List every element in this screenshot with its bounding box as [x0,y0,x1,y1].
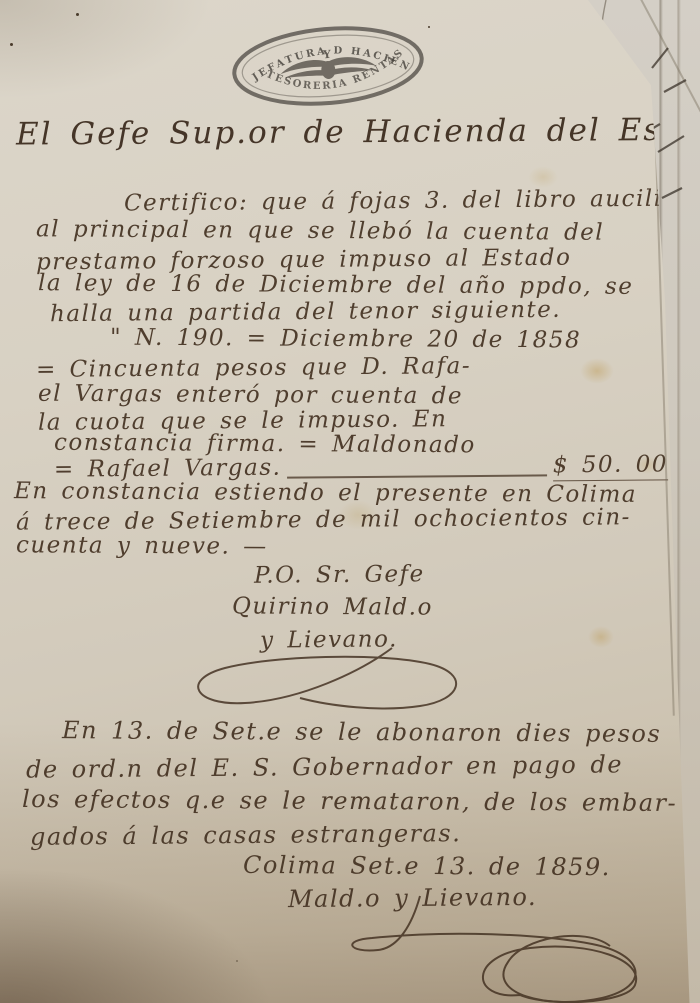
ink-speck [10,43,13,46]
photo-of-document: JEFATURA D HACIENDA TESORERIA RENTAS Y E… [0,0,700,1003]
note-line: los efectos q.e se le remataron, de los … [22,785,677,817]
body-line: la ley de 16 de Diciembre del año ppdo, … [38,270,634,300]
note-line: En 13. de Set.e se le abonaron dies peso… [62,716,661,748]
body-line: " N. 190. = Diciembre 20 de 1858 [110,325,581,354]
signature-po-line: P.O. Sr. Gefe [254,561,425,588]
signature-name: y Lievano. [260,626,398,653]
body-line: al principal en que se llebó la cuenta d… [36,216,604,245]
note-line: gados á las casas estrangeras. [30,819,462,851]
signature-name: Quirino Mald.o [232,593,433,620]
note-dateline: Colima Set.e 13. de 1859. [243,851,611,881]
body-line: el Vargas enteró por cuenta de [38,381,463,410]
note-signature: Mald.o y Lievano. [288,883,537,913]
document-body: Certifico: que á fojas 3. del libro auci… [28,0,688,1003]
closing-line: á trece de Setiembre de mil ochocientos … [16,504,631,535]
body-line: halla una partida del tenor siguiente. [50,297,561,327]
body-line: = Cincuenta pesos que D. Rafa- [36,353,471,383]
note-line: de ord.n del E. S. Gobernador en pago de [26,750,623,783]
document-page: JEFATURA D HACIENDA TESORERIA RENTAS Y E… [0,0,700,1003]
closing-line: cuenta y nueve. — [16,532,268,560]
amount-value: $ 50. 00 [553,451,668,481]
closing-line: En constancia estiendo el presente en Co… [14,478,637,508]
ruled-dash-line [287,474,546,478]
body-line: Certifico: que á fojas 3. del libro auci… [124,186,691,217]
